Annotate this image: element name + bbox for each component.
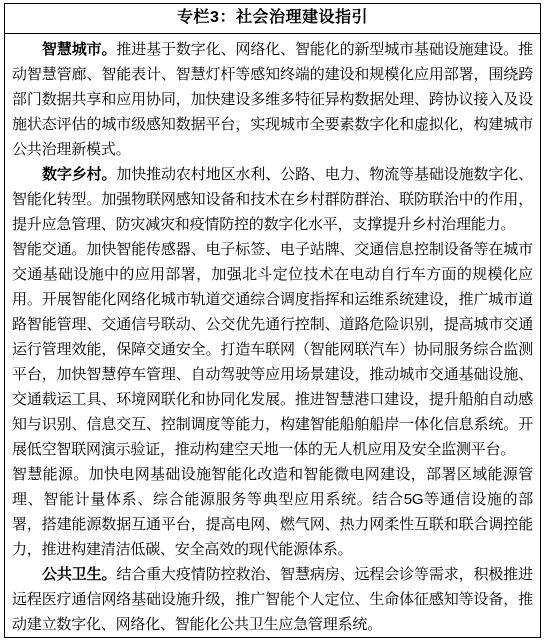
paragraph-digital-village: 数字乡村。加快推动农村地区水利、公路、电力、物流等基础设施数字化、智能化转型。加… (12, 162, 533, 237)
paragraph-lead-digital-village: 数字乡村。 (42, 166, 116, 183)
paragraph-text-smart-energy: 加快电网基础设施智能化改造和智能微电网建设，部署区域能源管理、智能计量体系、综合… (12, 466, 533, 558)
paragraph-text-intelligent-transport: 加快智能传感器、电子标签、电子站牌、交通信息控制设备等在城市交通基础设施中的应用… (12, 241, 533, 458)
paragraph-intelligent-transport: 智能交通。加快智能传感器、电子标签、电子站牌、交通信息控制设备等在城市交通基础设… (12, 237, 533, 462)
paragraph-lead-smart-energy: 智慧能源。 (12, 466, 89, 483)
column-box: 专栏3：社会治理建设指引 智慧城市。推进基于数字化、网络化、智能化的新型城市基础… (4, 3, 541, 638)
paragraph-lead-intelligent-transport: 智能交通。 (12, 241, 86, 258)
paragraph-lead-public-health: 公共卫生。 (42, 566, 116, 583)
paragraph-smart-city: 智慧城市。推进基于数字化、网络化、智能化的新型城市基础设施建设。推动智慧管廊、智… (12, 37, 533, 162)
paragraph-lead-smart-city: 智慧城市。 (42, 41, 116, 58)
paragraph-smart-energy: 智慧能源。加快电网基础设施智能化改造和智能微电网建设，部署区域能源管理、智能计量… (12, 462, 533, 562)
paragraph-text-smart-city: 推进基于数字化、网络化、智能化的新型城市基础设施建设。推动智慧管廊、智能表计、智… (12, 41, 533, 158)
box-title: 专栏3：社会治理建设指引 (5, 4, 540, 34)
box-body: 智慧城市。推进基于数字化、网络化、智能化的新型城市基础设施建设。推动智慧管廊、智… (5, 34, 540, 641)
paragraph-public-health: 公共卫生。结合重大疫情防控救治、智慧病房、远程会诊等需求，积极推进远程医疗通信网… (12, 562, 533, 637)
document-page: 专栏3：社会治理建设指引 智慧城市。推进基于数字化、网络化、智能化的新型城市基础… (0, 0, 545, 642)
